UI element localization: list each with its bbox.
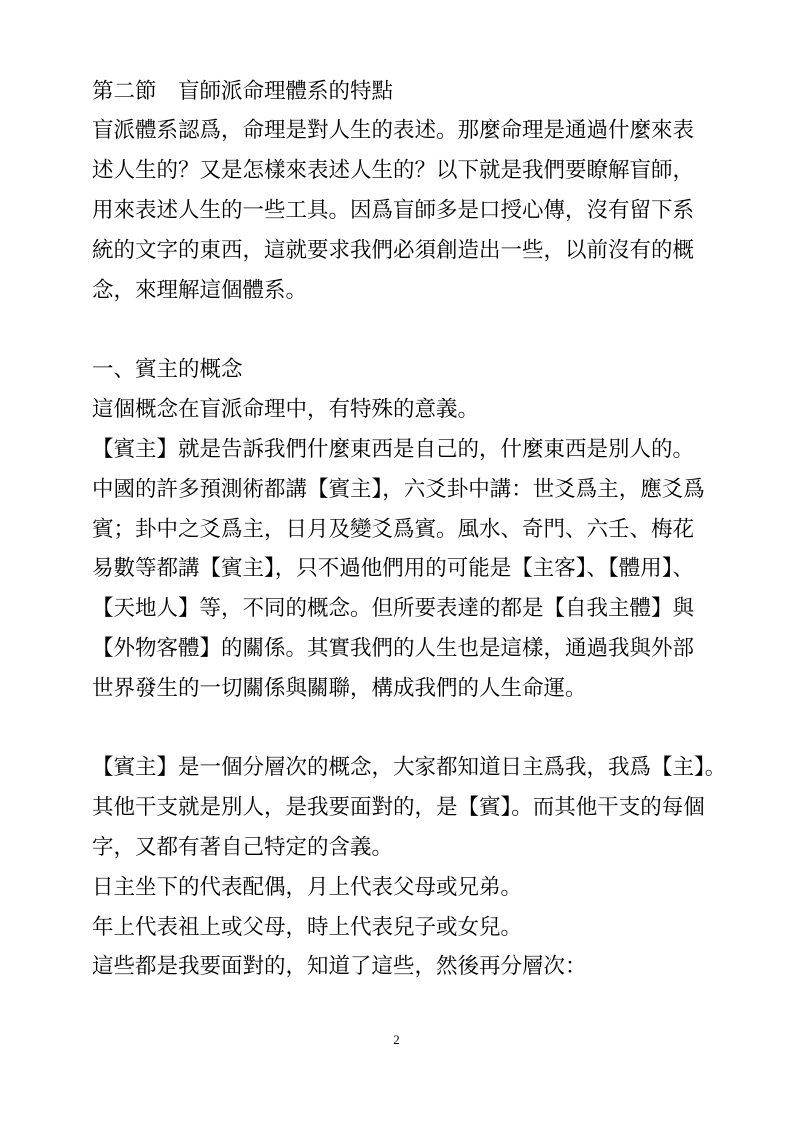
intro-line: 統的文字的東西，這就要求我們必須創造出一些，以前沒有的概 xyxy=(92,239,694,263)
intro-line: 述人生的？又是怎樣來表述人生的？以下就是我們要瞭解盲師， xyxy=(92,159,694,183)
paragraph-line: 字，又都有著自己特定的含義。 xyxy=(92,836,393,860)
paragraph-line: 賓；卦中之爻爲主，日月及變爻爲賓。風水、奇門、六壬、梅花 xyxy=(92,518,694,542)
paragraph-line: 世界發生的一切關係與關聯，構成我們的人生命運。 xyxy=(92,677,587,701)
paragraph-line: 【天地人】等，不同的概念。但所要表達的都是【自我主體】與 xyxy=(92,597,694,621)
paragraph-line: 【賓主】就是告訴我們什麼東西是自己的，什麼東西是別人的。 xyxy=(92,438,694,462)
intro-line: 用來表述人生的一些工具。因爲盲師多是口授心傳，沒有留下系 xyxy=(92,199,694,223)
page-number: 2 xyxy=(0,1032,793,1048)
document-page: 第二節 盲師派命理體系的特點 盲派體系認爲，命理是對人生的表述。那麼命理是通過什… xyxy=(0,0,793,1122)
paragraph-line: 其他干支就是別人，是我要面對的，是【賓】。而其他干支的每個 xyxy=(92,796,705,820)
paragraph-line: 這些都是我要面對的，知道了這些，然後再分層次： xyxy=(92,955,587,979)
subsection-title: 一、賓主的概念 xyxy=(92,358,243,382)
paragraph-line: 這個概念在盲派命理中，有特殊的意義。 xyxy=(92,398,479,422)
paragraph-line: 【外物客體】的關係。其實我們的人生也是這樣，通過我與外部 xyxy=(92,637,694,661)
paragraph-line: 年上代表祖上或父母，時上代表兒子或女兒。 xyxy=(92,916,522,940)
intro-line: 盲派體系認爲，命理是對人生的表述。那麼命理是通過什麼來表 xyxy=(92,119,694,143)
paragraph-line: 易數等都講【賓主】，只不過他們用的可能是【主客】、【體用】、 xyxy=(92,557,694,581)
paragraph-line: 日主坐下的代表配偶，月上代表父母或兄弟。 xyxy=(92,876,522,900)
paragraph-line: 中國的許多預測術都講【賓主】，六爻卦中講：世爻爲主，應爻爲 xyxy=(92,478,705,502)
paragraph-line: 【賓主】是一個分層次的概念，大家都知道日主爲我，我爲【主】。 xyxy=(92,756,726,780)
intro-line: 念，來理解這個體系。 xyxy=(92,279,307,303)
section-title: 第二節 盲師派命理體系的特點 xyxy=(92,80,393,104)
